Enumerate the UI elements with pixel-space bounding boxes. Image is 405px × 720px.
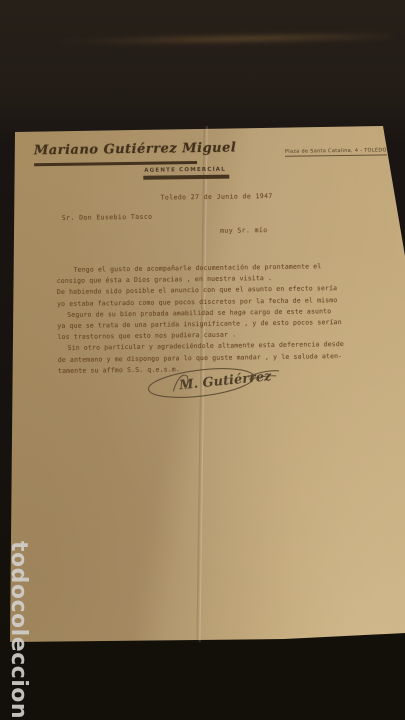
date-line: Toledo 27 de Junio de 1947 [161, 192, 273, 202]
salutation-line: muy Sr. mío [220, 226, 268, 235]
letterhead-title-bar [143, 175, 229, 180]
letterhead-name: Mariano Gutiérrez Miguel [34, 141, 214, 159]
letterhead-address: Plaza de Santa Catalina, 4 - TOLEDO [285, 147, 387, 156]
letterhead-title: AGENTE COMERCIAL [144, 167, 226, 174]
letterhead-underline [34, 161, 197, 166]
recipient-line: Sr. Don Eusebio Tasco [62, 213, 153, 222]
signature-text: M. Gutiérrez [178, 369, 273, 393]
todocoleccion-watermark: todocoleccion [5, 541, 31, 719]
handwritten-signature: M. Gutiérrez [143, 357, 282, 405]
letter-content: Mariano Gutiérrez Miguel AGENTE COMERCIA… [0, 0, 405, 720]
